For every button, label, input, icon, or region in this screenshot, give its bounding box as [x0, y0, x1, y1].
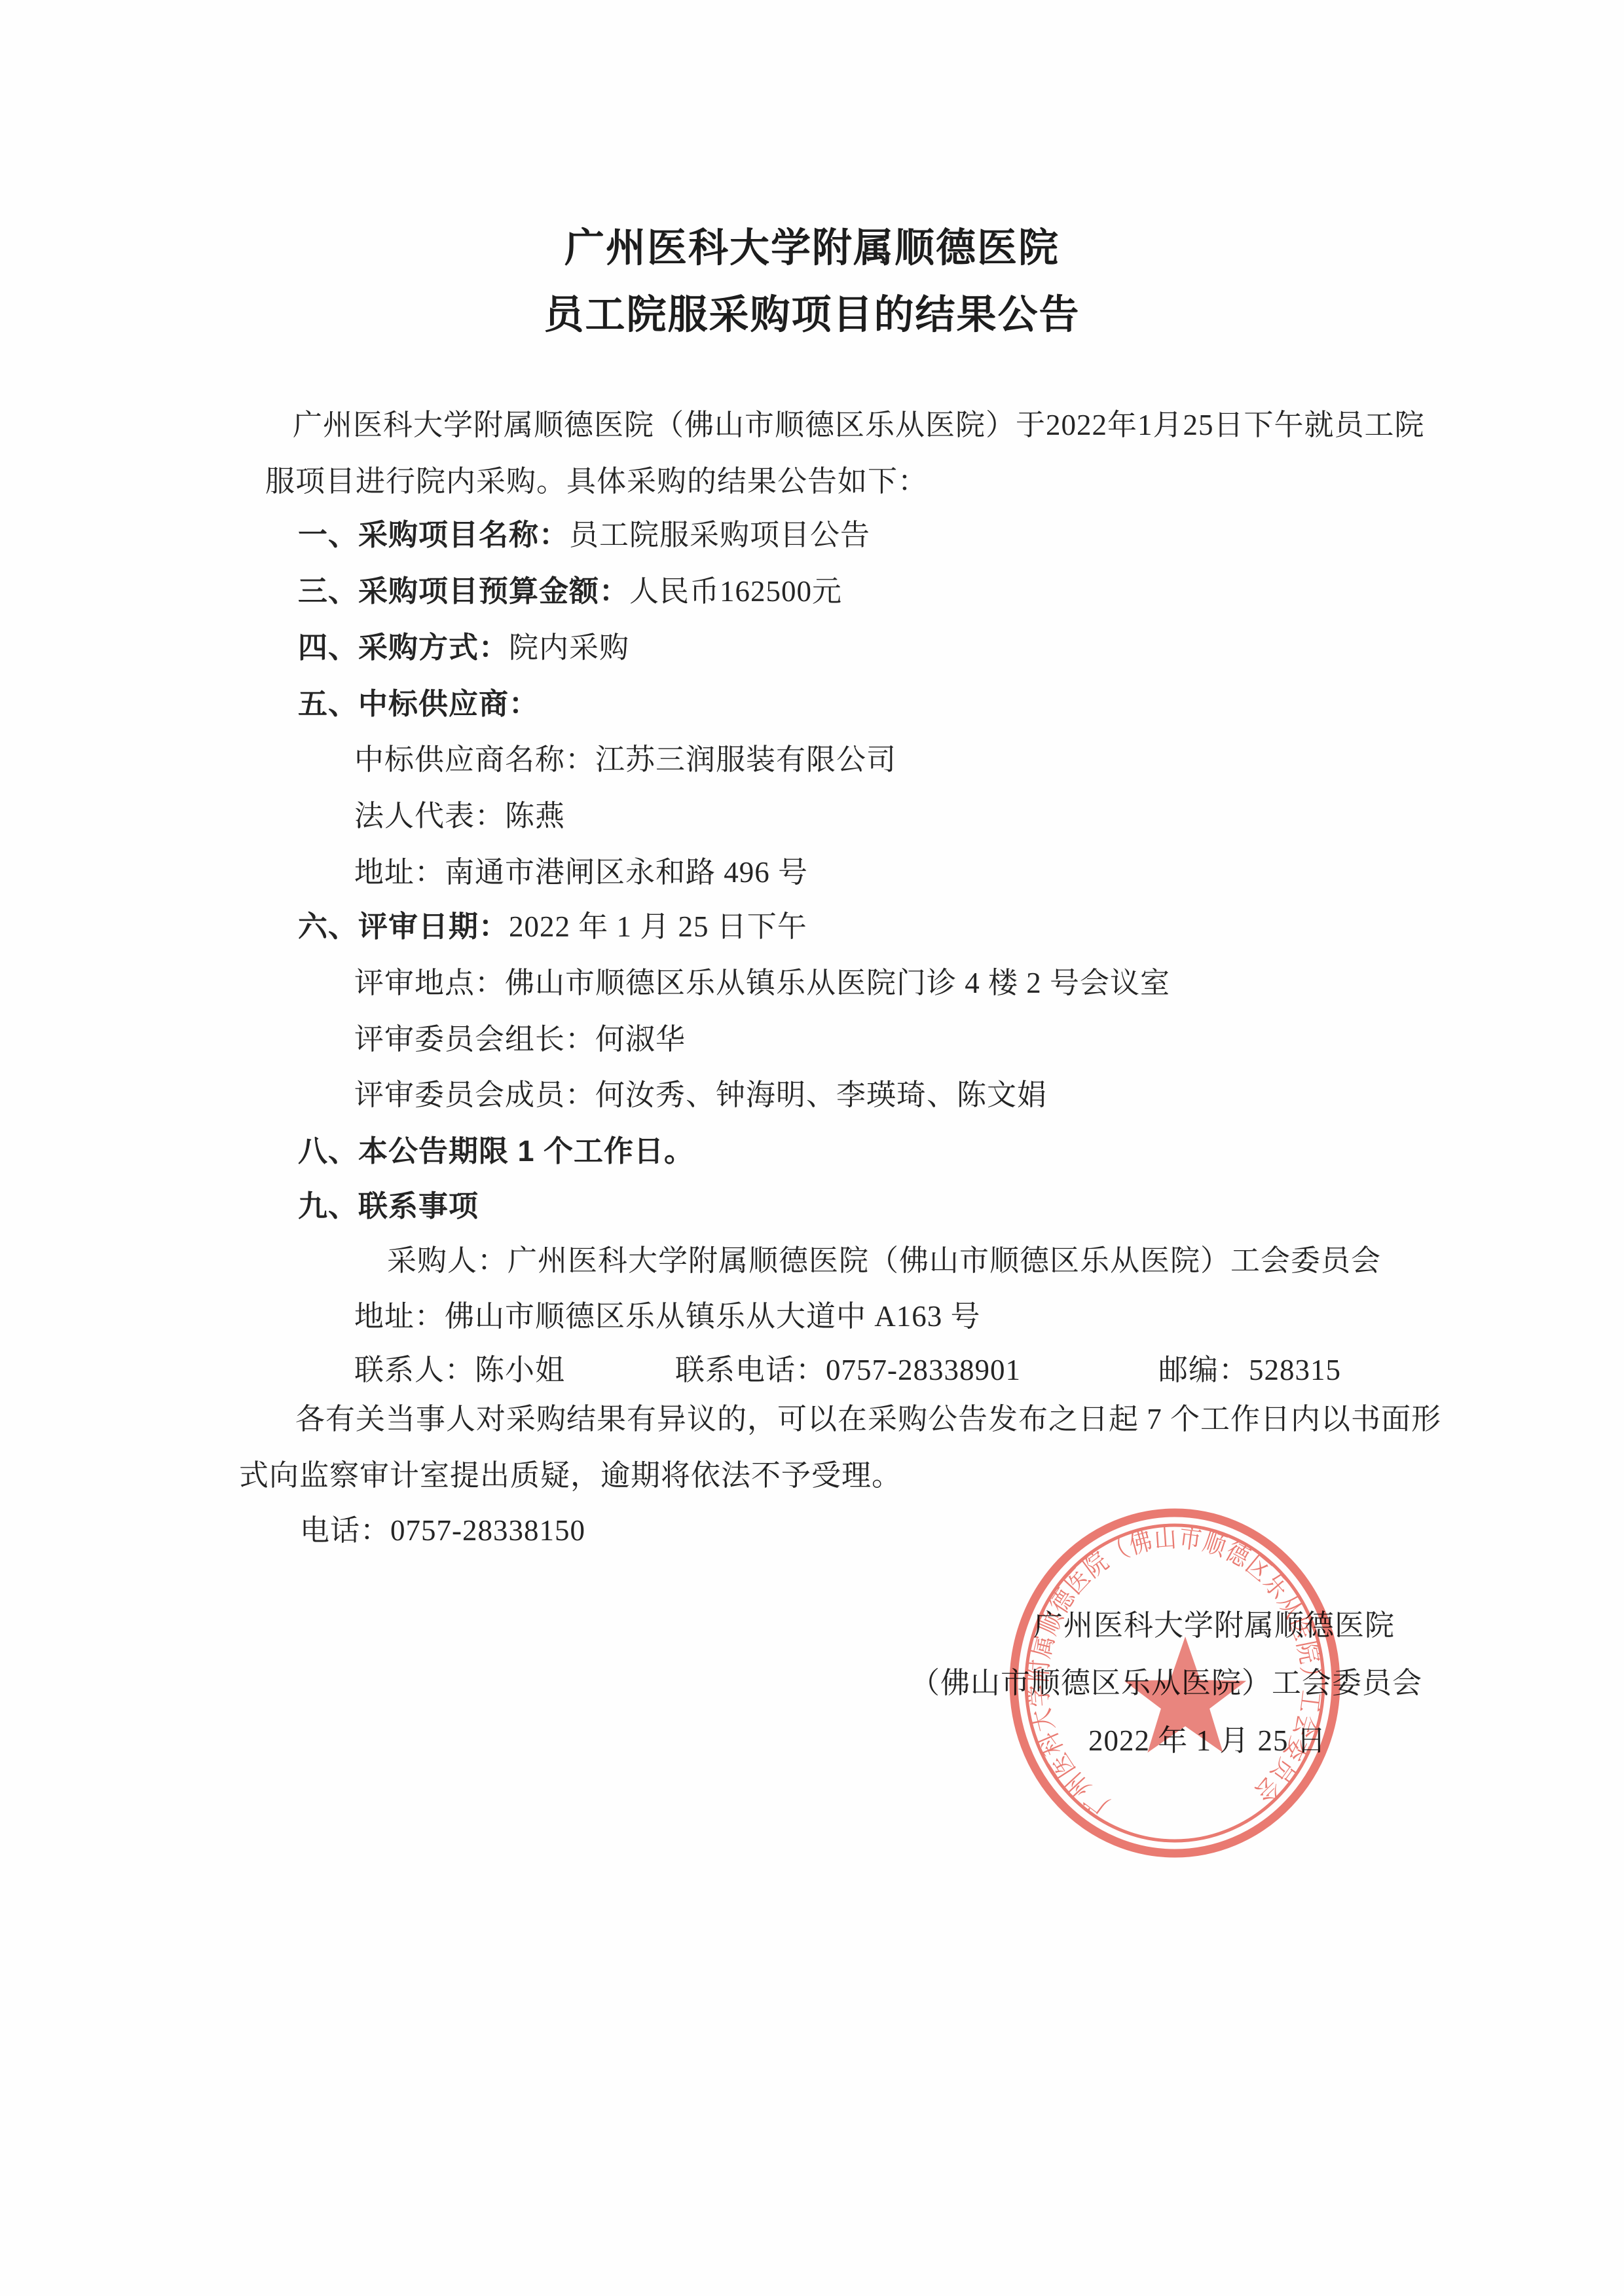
official-seal: 广州医科大学附属顺德医院（佛山市顺德区乐从医院）工会委员会: [1007, 1505, 1354, 1872]
section-6-place: 评审地点：佛山市顺德区乐从镇乐从医院门诊 4 楼 2 号会议室: [354, 965, 1170, 1001]
section-1: 一、采购项目名称：员工院服采购项目公告: [298, 517, 870, 553]
section-5-label: 五、中标供应商：: [298, 686, 539, 722]
closing-phone: 电话：0757-28338150: [300, 1513, 585, 1548]
section-4-label: 四、采购方式：: [298, 631, 509, 664]
section-3-value: 人民币162500元: [629, 575, 842, 608]
section-1-value: 员工院服采购项目公告: [569, 519, 870, 551]
contact-person: 联系人：陈小姐: [354, 1352, 565, 1388]
document-title-line1: 广州医科大学附属顺德医院: [0, 226, 1624, 269]
closing-line2: 式向监察审计室提出质疑，逾期将依法不予受理。: [239, 1458, 902, 1493]
section-4: 四、采购方式：院内采购: [298, 630, 629, 665]
section-9-address: 地址：佛山市顺德区乐从镇乐从大道中 A163 号: [354, 1299, 981, 1334]
section-9-buyer: 采购人：广州医科大学附属顺德医院（佛山市顺德区乐从医院）工会委员会: [387, 1243, 1381, 1278]
postcode: 邮编：528315: [1158, 1352, 1341, 1388]
section-1-label: 一、采购项目名称：: [298, 518, 569, 551]
intro-line2: 服项目进行院内采购。具体采购的结果公告如下：: [265, 464, 928, 499]
closing-line1: 各有关当事人对采购结果有异议的，可以在采购公告发布之日起 7 个工作日内以书面形: [295, 1401, 1441, 1437]
contact-phone: 联系电话：0757-28338901: [675, 1352, 1021, 1388]
section-6-value: 2022 年 1 月 25 日下午: [509, 910, 807, 943]
intro-line1: 广州医科大学附属顺德医院（佛山市顺德区乐从医院）于2022年1月25日下午就员工…: [293, 407, 1425, 443]
section-6-members: 评审委员会成员：何汝秀、钟海明、李瑛琦、陈文娟: [354, 1077, 1047, 1113]
section-3-label: 三、采购项目预算金额：: [298, 574, 629, 608]
section-6-label: 六、评审日期：: [298, 910, 509, 943]
scanned-document-page: 广州医科大学附属顺德医院 员工院服采购项目的结果公告 广州医科大学附属顺德医院（…: [0, 0, 1624, 2296]
star-icon: [1124, 1637, 1246, 1752]
section-6: 六、评审日期：2022 年 1 月 25 日下午: [298, 909, 807, 944]
section-8-label: 八、本公告期限 1 个工作日。: [298, 1134, 694, 1169]
section-6-leader: 评审委员会组长：何淑华: [354, 1022, 686, 1057]
section-5-legal-rep: 法人代表：陈燕: [354, 798, 565, 834]
section-3: 三、采购项目预算金额：人民币162500元: [298, 574, 842, 609]
section-9-label: 九、联系事项: [298, 1189, 479, 1224]
section-4-value: 院内采购: [509, 631, 629, 664]
section-5-supplier-name: 中标供应商名称：江苏三润服装有限公司: [354, 742, 896, 777]
section-5-address: 地址：南通市港闸区永和路 496 号: [354, 855, 808, 890]
document-title-line2: 员工院服采购项目的结果公告: [0, 293, 1624, 336]
